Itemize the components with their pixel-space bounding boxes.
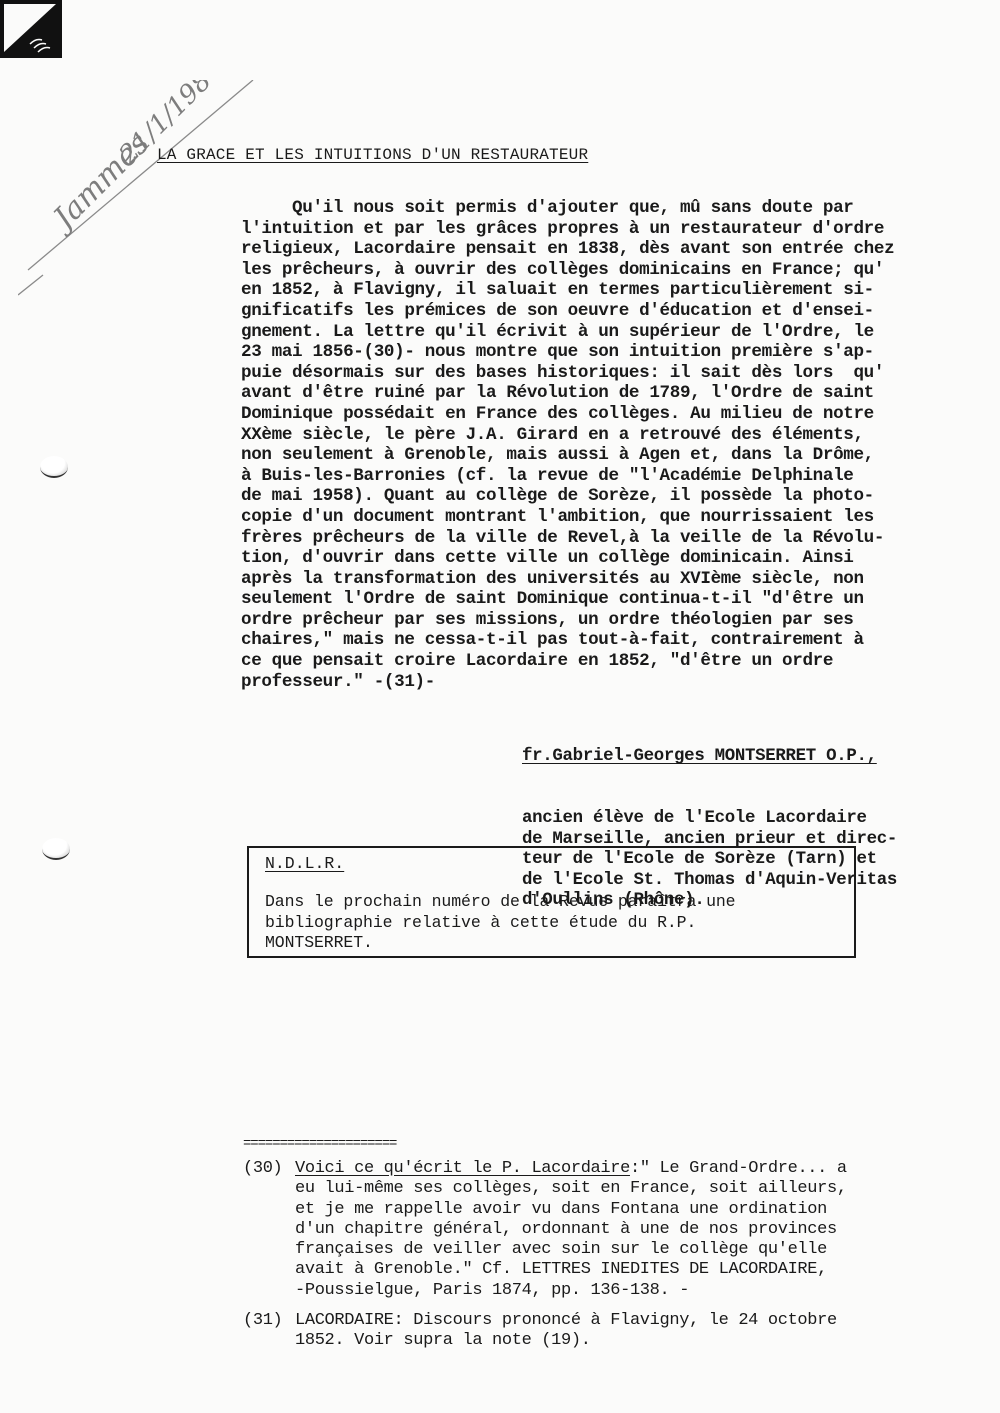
editor-note-title: N.D.L.R. — [265, 854, 344, 873]
body-line: ce que pensait croire Lacordaire en 1852… — [241, 651, 961, 672]
punch-hole — [40, 456, 68, 478]
body-line: ordre prêcheur par ses missions, un ordr… — [241, 610, 961, 631]
body-line: non seulement à Grenoble, mais aussi à A… — [241, 445, 961, 466]
body-line: en 1852, à Flavigny, il saluait en terme… — [241, 280, 961, 301]
handwritten-annotation: Jammes 21/1/1980 — [18, 80, 268, 310]
body-line: XXème siècle, le père J.A. Girard en a r… — [241, 425, 961, 446]
article-body: Qu'il nous soit permis d'ajouter que, mû… — [241, 198, 961, 692]
footnote-30: (30)Voici ce qu'écrit le P. Lacordaire:"… — [243, 1159, 963, 1301]
body-line: gnement. La lettre qu'il écrivit à un su… — [241, 322, 961, 343]
body-line: tion, d'ouvrir dans cette ville un collè… — [241, 548, 961, 569]
footnote-separator: ===================== — [243, 1136, 396, 1152]
body-line: à Buis-les-Barronies (cf. la revue de "l… — [241, 466, 961, 487]
footnote-underlined: Voici ce qu'écrit le P. Lacordaire — [295, 1159, 630, 1178]
body-line: après la transformation des universités … — [241, 569, 961, 590]
credential-line: ancien élève de l'Ecole Lacordaire — [522, 809, 952, 830]
body-line: professeur." -(31)- — [241, 672, 961, 693]
body-line: les prêcheurs, à ouvrir des collèges dom… — [241, 260, 961, 281]
body-line: gnificatifs les prémices de son oeuvre d… — [241, 301, 961, 322]
footnote-text: :" Le Grand-Ordre... a — [630, 1159, 847, 1178]
body-line: 23 mai 1856-(30)- nous montre que son in… — [241, 342, 961, 363]
body-line: religieux, Lacordaire pensait en 1838, d… — [241, 239, 961, 260]
footnote-continuation: 1852. Voir supra la note (19). — [243, 1331, 963, 1351]
body-line: de mai 1958). Quant au collège de Sorèze… — [241, 486, 961, 507]
corner-logo-icon — [0, 0, 62, 58]
body-line: avant d'être ruiné par la Révolution de … — [241, 383, 961, 404]
body-line: Qu'il nous soit permis d'ajouter que, mû… — [241, 198, 961, 219]
body-line: seulement l'Ordre de saint Dominique con… — [241, 589, 961, 610]
body-line: chaires," mais ne cessa-t-il pas tout-à-… — [241, 630, 961, 651]
editor-note-text: Dans le prochain numéro de la Revue para… — [265, 892, 735, 954]
body-line: l'intuition et par les grâces propres à … — [241, 219, 961, 240]
body-line: Dominique possédait en France des collèg… — [241, 404, 961, 425]
body-line: frères prêcheurs de la ville de Revel,à … — [241, 528, 961, 549]
article-title: LA GRACE ET LES INTUITIONS D'UN RESTAURA… — [157, 146, 588, 164]
footnote-number: (30) — [243, 1159, 295, 1179]
body-line: copie d'un document montrant l'ambition,… — [241, 507, 961, 528]
footnote-31: (31)LACORDAIRE: Discours prononcé à Flav… — [243, 1311, 963, 1352]
punch-hole — [42, 838, 70, 860]
footnote-continuation: eu lui-même ses collèges, soit en France… — [243, 1179, 963, 1301]
footnote-number: (31) — [243, 1311, 295, 1331]
footnote-text: LACORDAIRE: Discours prononcé à Flavigny… — [295, 1311, 837, 1330]
editor-note-box: N.D.L.R. Dans le prochain numéro de la R… — [247, 846, 856, 958]
body-line: puie désormais sur des bases historiques… — [241, 363, 961, 384]
author-name: fr.Gabriel-Georges MONTSERRET O.P., — [522, 747, 952, 768]
